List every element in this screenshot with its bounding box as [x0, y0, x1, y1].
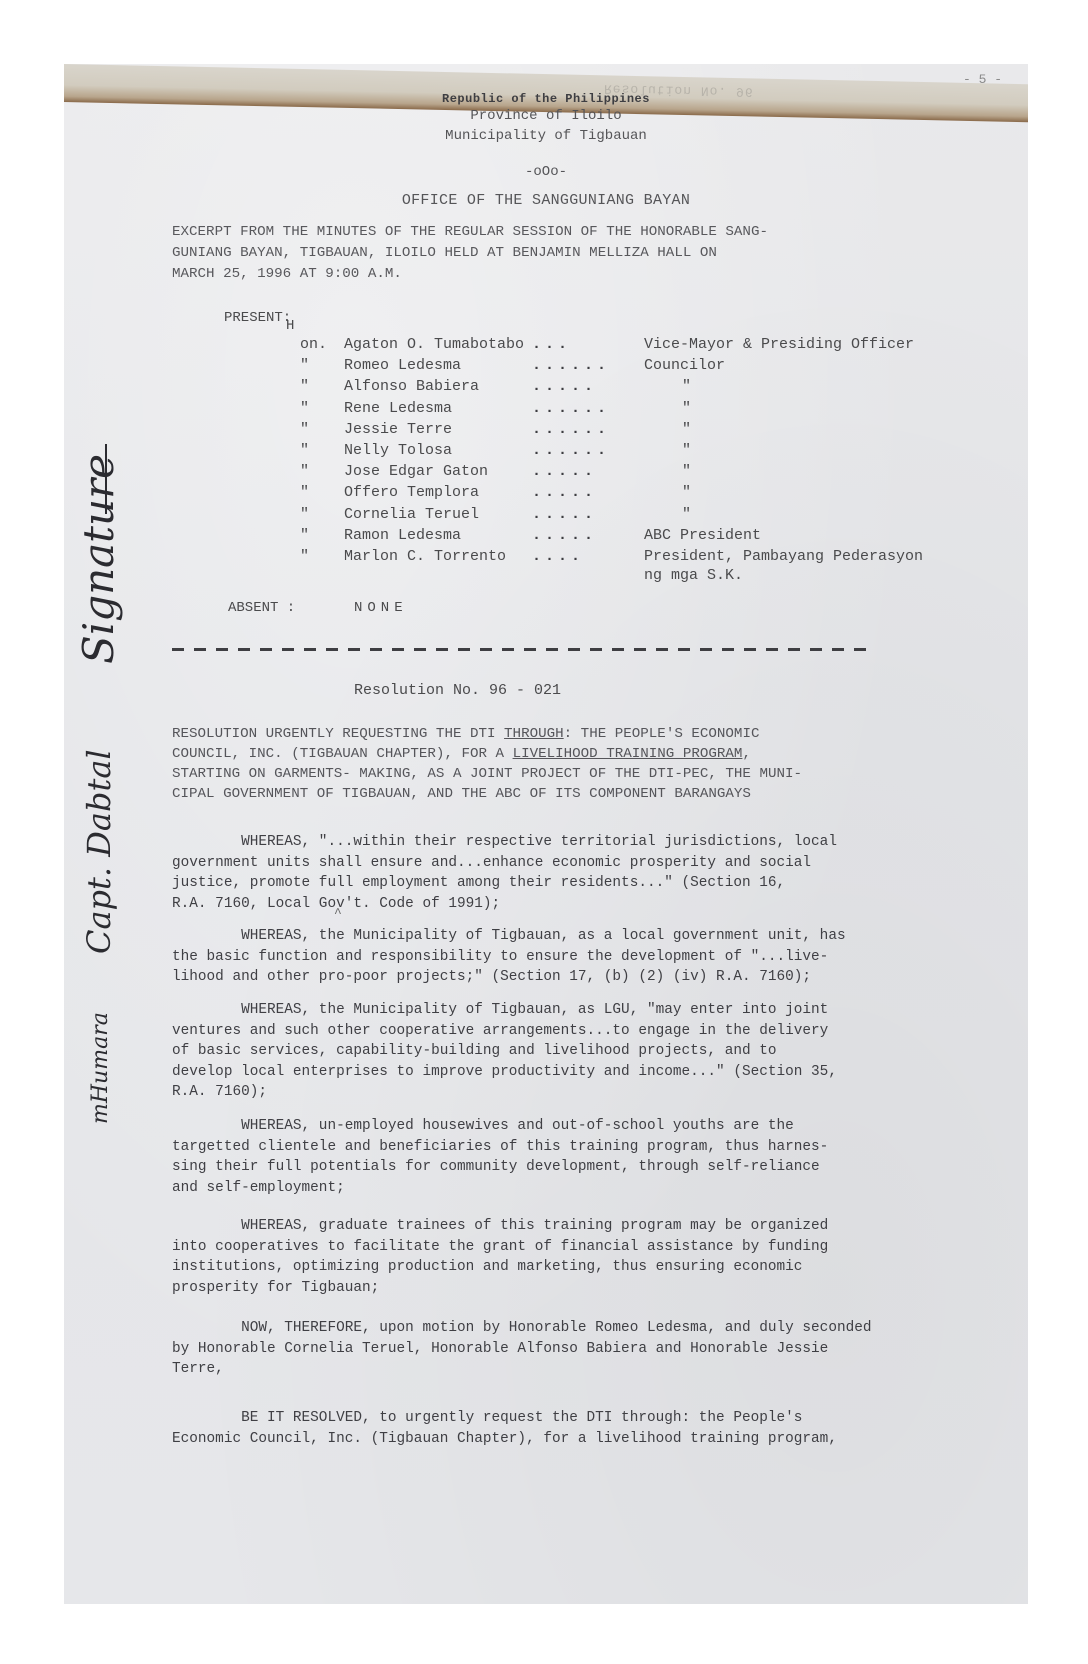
member-position: " — [644, 398, 691, 419]
member-position: Vice-Mayor & Presiding Officer — [644, 334, 914, 355]
margin-signature-2: Capt. Dabtal — [80, 749, 118, 954]
be-it-resolved-paragraph: BE IT RESOLVED, to urgently request the … — [172, 1408, 837, 1449]
margin-signature-1: Signature — [74, 454, 123, 664]
roster-row: "Rene Ledesma......" — [300, 398, 923, 419]
title-text: RESOLUTION URGENTLY REQUESTING THE DTI — [172, 726, 504, 742]
present-label: PRESENT: — [224, 310, 291, 326]
excerpt-heading: EXCERPT FROM THE MINUTES OF THE REGULAR … — [172, 222, 768, 285]
insertion-caret: ^ — [334, 906, 342, 921]
leader-dots: ..... — [532, 504, 644, 525]
leader-dots: ...... — [532, 398, 644, 419]
header-province: Province of Iloilo — [64, 108, 1028, 124]
roster-mark: " — [300, 355, 344, 376]
roster-row: on.Agaton O. Tumabotabo...Vice-Mayor & P… — [300, 334, 923, 355]
whereas-paragraph-5: WHEREAS, graduate trainees of this train… — [172, 1216, 828, 1298]
member-name: Marlon C. Torrento — [344, 546, 532, 567]
member-name: Jose Edgar Gaton — [344, 461, 532, 482]
member-position: " — [644, 419, 691, 440]
member-position: " — [644, 440, 691, 461]
leader-dots: .... — [532, 546, 644, 567]
member-name: Alfonso Babiera — [344, 376, 532, 397]
leader-dots: ...... — [532, 355, 644, 376]
roster-mark: " — [300, 546, 344, 567]
member-name: Romeo Ledesma — [344, 355, 532, 376]
member-name: Ramon Ledesma — [344, 525, 532, 546]
roster-mark: " — [300, 504, 344, 525]
roster-row: "Nelly Tolosa......" — [300, 440, 923, 461]
member-name: Jessie Terre — [344, 419, 532, 440]
roster-mark: " — [300, 440, 344, 461]
absent-label: ABSENT : — [228, 600, 295, 616]
leader-dots: ...... — [532, 419, 644, 440]
roster-row: "Ramon Ledesma.....ABC President — [300, 525, 923, 546]
member-name: Offero Templora — [344, 482, 532, 503]
header-republic: Republic of the Philippines — [64, 92, 1028, 106]
honorific-h: H — [286, 318, 294, 334]
member-name: Rene Ledesma — [344, 398, 532, 419]
roster-mark: " — [300, 482, 344, 503]
member-position: " — [644, 504, 691, 525]
underlined-phrase: THROUGH — [504, 726, 564, 742]
roster-row: "Marlon C. Torrento....President, Pambay… — [300, 546, 923, 567]
resolution-number: Resolution No. 96 - 021 — [354, 682, 561, 699]
roster-mark: on. — [300, 334, 344, 355]
roster-row: "Cornelia Teruel....." — [300, 504, 923, 525]
roster-row: "Jessie Terre......" — [300, 419, 923, 440]
member-name: Agaton O. Tumabotabo — [344, 334, 532, 355]
leader-dots: ... — [532, 334, 644, 355]
underlined-phrase: LIVELIHOOD TRAINING PROGRAM — [513, 746, 743, 762]
roster-row: "Offero Templora....." — [300, 482, 923, 503]
office-title: OFFICE OF THE SANGGUNIANG BAYAN — [64, 192, 1028, 209]
leader-dots: ..... — [532, 376, 644, 397]
now-therefore-paragraph: NOW, THEREFORE, upon motion by Honorable… — [172, 1318, 872, 1380]
roster-row: "Romeo Ledesma......Councilor — [300, 355, 923, 376]
whereas-paragraph-1: WHEREAS, "...within their respective ter… — [172, 832, 837, 914]
roster-row: "Alfonso Babiera....." — [300, 376, 923, 397]
member-position: " — [644, 376, 691, 397]
header-separator: -oOo- — [64, 164, 1028, 180]
roster-mark: " — [300, 376, 344, 397]
page-number: - 5 - — [963, 72, 1002, 87]
resolution-title: RESOLUTION URGENTLY REQUESTING THE DTI T… — [172, 724, 802, 804]
roster-mark: " — [300, 461, 344, 482]
roster-mark: " — [300, 419, 344, 440]
attendance-roster: on.Agaton O. Tumabotabo...Vice-Mayor & P… — [300, 334, 923, 567]
member-position: ABC President — [644, 525, 761, 546]
whereas-paragraph-3: WHEREAS, the Municipality of Tigbauan, a… — [172, 1000, 837, 1103]
roster-row: "Jose Edgar Gaton....." — [300, 461, 923, 482]
absent-value: NONE — [354, 600, 408, 616]
member-position: " — [644, 482, 691, 503]
leader-dots: ...... — [532, 440, 644, 461]
dashed-divider — [172, 648, 872, 651]
member-position: Councilor — [644, 355, 725, 376]
roster-mark: " — [300, 525, 344, 546]
leader-dots: ..... — [532, 525, 644, 546]
member-position: President, Pambayang Pederasyon — [644, 546, 923, 567]
position-continuation: ng mga S.K. — [644, 567, 743, 584]
whereas-paragraph-2: WHEREAS, the Municipality of Tigbauan, a… — [172, 926, 846, 988]
member-position: " — [644, 461, 691, 482]
member-name: Cornelia Teruel — [344, 504, 532, 525]
document-photo: Resolution No. 96 - 5 - Republic of the … — [64, 64, 1028, 1604]
margin-signature-3: mHumara — [88, 1012, 113, 1124]
leader-dots: ..... — [532, 482, 644, 503]
whereas-paragraph-4: WHEREAS, un-employed housewives and out-… — [172, 1116, 828, 1198]
header-municipality: Municipality of Tigbauan — [64, 128, 1028, 144]
member-name: Nelly Tolosa — [344, 440, 532, 461]
roster-mark: " — [300, 398, 344, 419]
leader-dots: ..... — [532, 461, 644, 482]
